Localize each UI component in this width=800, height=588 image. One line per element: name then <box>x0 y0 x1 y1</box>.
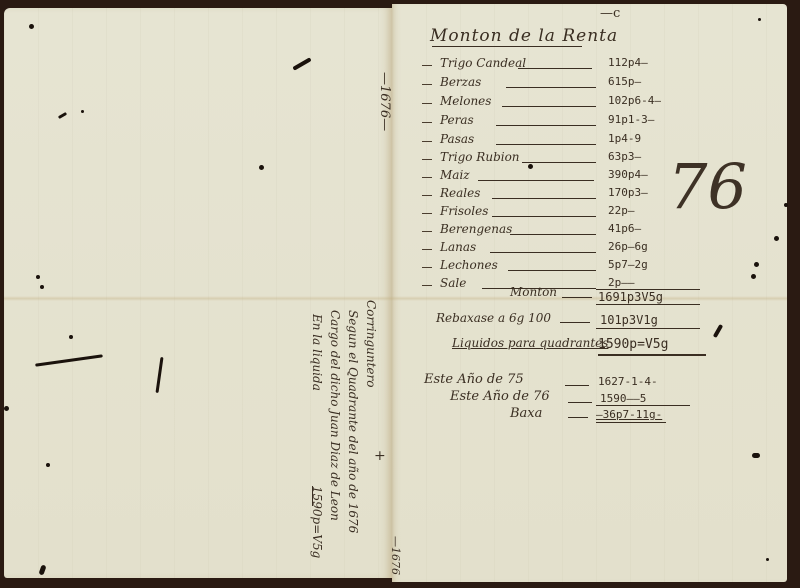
ink-blot <box>81 110 84 113</box>
entry-label: Frisoles <box>440 204 488 218</box>
leader-line <box>568 417 588 418</box>
entry-value: 22p— <box>608 204 635 217</box>
entry-value: 170p3— <box>608 186 648 199</box>
leader-line <box>565 385 589 386</box>
note-line: Cargo del dicho Juan Diaz de Leon <box>328 310 342 521</box>
sum-rule <box>596 422 666 423</box>
ledger-row: Lanas 26p—6g <box>422 240 722 258</box>
comparison-value: —36p7-11g- <box>596 408 662 421</box>
title-underline <box>432 46 582 47</box>
double-rule <box>598 354 706 356</box>
note-line: En la liquida <box>310 314 324 391</box>
ink-blot <box>29 24 34 29</box>
entry-label: Peras <box>440 113 474 127</box>
ledger-row: Sale 2p—— <box>422 276 722 294</box>
entry-label: Pasas <box>440 132 474 146</box>
ledger-row: Lechones 5p7—2g <box>422 258 722 276</box>
liquido-label: Liquidos para quadrantes <box>452 336 608 350</box>
entry-label: Berzas <box>440 75 481 89</box>
entry-label: Sale <box>440 276 466 290</box>
margin-year: —1676— <box>377 72 392 131</box>
entry-value: 41p6— <box>608 222 641 235</box>
horizontal-fold-crease <box>4 296 787 301</box>
comparison-label: Este Año de 76 <box>450 389 550 404</box>
comparison-label: Este Año de 75 <box>424 372 524 387</box>
monton-value: 1691p3V5g <box>598 290 663 304</box>
entry-label: Reales <box>440 186 480 200</box>
monton-label: Monton <box>510 285 557 299</box>
note-year: —1676 <box>389 536 402 575</box>
note-line: Segun el Quadrante del año de 1676 <box>346 310 360 533</box>
entry-value: 390p4— <box>608 168 648 181</box>
note-line: Corringuntero <box>364 300 378 387</box>
ink-blot <box>259 165 264 170</box>
ink-blot <box>36 275 40 279</box>
ink-blot <box>4 406 9 411</box>
entry-label: Berengenas <box>440 222 512 236</box>
entry-value: 91p1-3— <box>608 113 654 126</box>
entry-label: Trigo Candeal <box>440 56 526 70</box>
leader-line <box>562 297 592 298</box>
ledger-title: Monton de la Renta <box>430 26 618 46</box>
entry-value: 102p6-4— <box>608 94 661 107</box>
comparison-value: 1627-1-4- <box>598 375 658 388</box>
sum-rule <box>596 328 700 329</box>
entry-label: Maiz <box>440 168 470 182</box>
entry-value: 2p—— <box>608 276 635 289</box>
entry-value: 112p4— <box>608 56 648 69</box>
header-mark: —c <box>600 6 620 21</box>
ink-blot <box>46 463 50 467</box>
ledger-row: Pasas 1p4-9 <box>422 132 722 150</box>
ink-blot <box>754 262 759 267</box>
entry-value: 615p— <box>608 75 641 88</box>
sum-rule <box>596 304 700 305</box>
ink-stroke <box>752 453 760 458</box>
liquido-value: 1590p=V5g <box>598 337 668 352</box>
rebaja-label: Rebaxase a 6g 100 <box>436 311 551 325</box>
sum-rule <box>596 405 690 406</box>
comparison-value: 1590——5 <box>600 392 646 405</box>
page-number: 76 <box>668 150 747 223</box>
entry-value: 26p—6g <box>608 240 648 253</box>
leader-line <box>560 322 590 323</box>
ledger-row: Peras 91p1-3— <box>422 113 722 131</box>
ledger-row: Melones 102p6-4— <box>422 94 722 112</box>
ledger-row: Trigo Candeal 112p4— <box>422 56 722 74</box>
rebaja-value: 101p3V1g <box>600 313 658 327</box>
note-leader <box>312 486 313 506</box>
ledger-row: Berengenas 41p6— <box>422 222 722 240</box>
ink-blot <box>69 335 73 339</box>
leader-line <box>568 402 592 403</box>
ink-blot <box>758 18 761 21</box>
separator-mark: + <box>374 448 386 464</box>
ledger-row: Berzas 615p— <box>422 75 722 93</box>
ink-blot <box>784 203 788 207</box>
ink-blot <box>774 236 779 241</box>
entry-label: Melones <box>440 94 491 108</box>
entry-value: 1p4-9 <box>608 132 641 145</box>
entry-value: 63p3— <box>608 150 641 163</box>
comparison-label: Baxa <box>510 406 542 421</box>
entry-label: Trigo Rubion <box>440 150 520 164</box>
entry-label: Lechones <box>440 258 498 272</box>
ink-blot <box>751 274 756 279</box>
ink-blot <box>40 285 44 289</box>
ink-blot <box>766 558 769 561</box>
entry-label: Lanas <box>440 240 476 254</box>
entry-value: 5p7—2g <box>608 258 648 271</box>
ink-blot <box>528 164 533 169</box>
